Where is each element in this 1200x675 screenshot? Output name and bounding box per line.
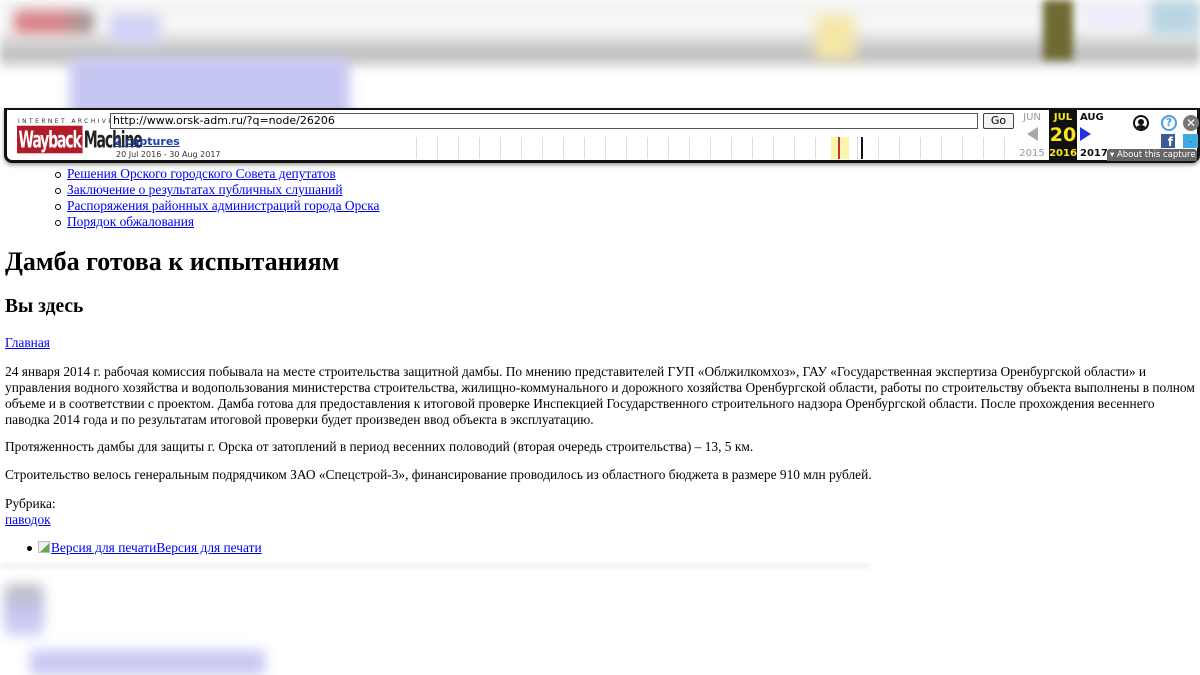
wayback-logo[interactable]: INTERNET ARCHIVE WaybackMachine (15, 115, 109, 157)
timeline-month-tick (1004, 137, 1005, 159)
timeline-month-tick (605, 137, 606, 159)
timeline-month-tick (962, 137, 963, 159)
breadcrumb: Главная (5, 335, 50, 351)
next-month-column[interactable]: AUG 2017 (1077, 110, 1111, 161)
timeline-month-tick (857, 137, 858, 159)
question-circle-icon[interactable]: ? (1161, 115, 1177, 131)
internet-archive-label: INTERNET ARCHIVE (18, 118, 114, 125)
timeline-month-tick (899, 137, 900, 159)
submenu-item: Порядок обжалования (55, 214, 379, 230)
timeline-month-tick (710, 137, 711, 159)
links-list: Версия для печатиВерсия для печати (27, 540, 262, 556)
timeline-month-tick (773, 137, 774, 159)
submenu-item: Распоряжения районных администраций горо… (55, 198, 379, 214)
submenu-link-district-orders[interactable]: Распоряжения районных администраций горо… (67, 198, 379, 213)
blurred-divider (0, 564, 870, 568)
submenu-link-appeal-procedure[interactable]: Порядок обжалования (67, 214, 194, 229)
blurred-link (30, 650, 265, 675)
timeline-month-tick (941, 137, 942, 159)
timeline-month-tick (626, 137, 627, 159)
wayback-url-input[interactable]: http://www.orsk-adm.ru/?q=node/26206 (110, 113, 978, 129)
submenu-item: Решения Орского городского Совета депута… (55, 166, 379, 182)
timeline-month-tick (668, 137, 669, 159)
broken-image-icon (38, 541, 50, 553)
timeline-month-tick (794, 137, 795, 159)
capture-timeline-sparkline[interactable] (413, 135, 1013, 160)
capture-date-range: 20 Jul 2016 - 30 Aug 2017 (116, 150, 221, 159)
blurred-highlight (815, 15, 855, 60)
timeline-month-tick (752, 137, 753, 159)
rubric-value: паводок (5, 512, 51, 528)
timeline-month-tick (983, 137, 984, 159)
article-paragraph: 24 января 2014 г. рабочая комиссия побыв… (5, 364, 1195, 428)
blurred-site-logo (14, 10, 94, 34)
article-paragraph: Протяженность дамбы для защиты г. Орска … (5, 439, 1195, 455)
next-arrow-icon[interactable] (1080, 127, 1091, 141)
blurred-block (4, 584, 44, 636)
rubric-label: Рубрика: (5, 496, 56, 512)
submenu-link-public-hearings[interactable]: Заключение о результатах публичных слуша… (67, 182, 343, 197)
wayback-toolbar: INTERNET ARCHIVE WaybackMachine http://w… (4, 108, 1200, 163)
timeline-capture-marker[interactable] (861, 137, 863, 159)
blurred-image (1150, 0, 1200, 35)
timeline-month-tick (647, 137, 648, 159)
current-capture-column: JUL 20 2016 (1049, 110, 1077, 161)
blurred-element (1085, 5, 1140, 30)
next-month-label: AUG (1080, 110, 1111, 125)
current-year-label: 2016 (1049, 147, 1077, 161)
timeline-month-tick (584, 137, 585, 159)
print-version-item: Версия для печатиВерсия для печати (27, 540, 262, 556)
submenu-list: Решения Орского городского Совета депута… (55, 166, 379, 230)
prev-arrow-icon (1027, 127, 1038, 141)
user-circle-icon[interactable] (1133, 115, 1149, 131)
facebook-icon[interactable]: f (1161, 134, 1175, 148)
calendar-navigator: JUN 2015 JUL 20 2016 AUG 2017 (1015, 110, 1113, 161)
about-capture-label: About this capture (1117, 150, 1196, 160)
prev-month-label: JUN (1015, 110, 1049, 125)
blurred-image (1043, 0, 1073, 60)
timeline-month-tick (521, 137, 522, 159)
current-month-label: JUL (1049, 110, 1077, 125)
blurred-nav-links (70, 58, 350, 110)
timeline-month-tick (479, 137, 480, 159)
timeline-month-tick (500, 137, 501, 159)
timeline-month-tick (563, 137, 564, 159)
submenu-item: Заключение о результатах публичных слуша… (55, 182, 379, 198)
timeline-month-tick (689, 137, 690, 159)
twitter-icon[interactable]: 🐦 (1183, 134, 1198, 148)
timeline-month-tick (542, 137, 543, 159)
page-title: Дамба готова к испытаниям (5, 247, 339, 277)
print-version-link[interactable]: Версия для печатиВерсия для печати (38, 540, 262, 555)
blurred-page-footer (0, 562, 1200, 675)
blurred-nav-link (110, 14, 160, 44)
blurred-page-header (0, 0, 1200, 110)
close-circle-icon[interactable]: ✕ (1183, 115, 1199, 131)
submenu-link-council-decisions[interactable]: Решения Орского городского Совета депута… (67, 166, 336, 181)
prev-month-column[interactable]: JUN 2015 (1015, 110, 1049, 161)
go-button[interactable]: Go (983, 113, 1014, 129)
timeline-current-capture-marker[interactable] (838, 137, 840, 159)
print-image-alt: Версия для печати (51, 540, 156, 555)
prev-year-label: 2015 (1015, 147, 1049, 161)
captures-link[interactable]: 2 captures (114, 135, 180, 148)
rubric-link[interactable]: паводок (5, 512, 51, 527)
timeline-month-tick (878, 137, 879, 159)
timeline-month-tick (731, 137, 732, 159)
breadcrumb-home-link[interactable]: Главная (5, 335, 50, 350)
timeline-month-tick (815, 137, 816, 159)
timeline-month-tick (437, 137, 438, 159)
timeline-month-tick (458, 137, 459, 159)
current-day-label: 20 (1049, 125, 1077, 145)
timeline-current-year-highlight (831, 137, 849, 159)
timeline-month-tick (416, 137, 417, 159)
about-this-capture-button[interactable]: ▾ About this capture (1107, 149, 1197, 161)
timeline-month-tick (920, 137, 921, 159)
breadcrumb-heading: Вы здесь (5, 295, 83, 319)
print-link-text: Версия для печати (156, 540, 261, 555)
article-paragraph: Строительство велось генеральным подрядч… (5, 467, 1195, 483)
